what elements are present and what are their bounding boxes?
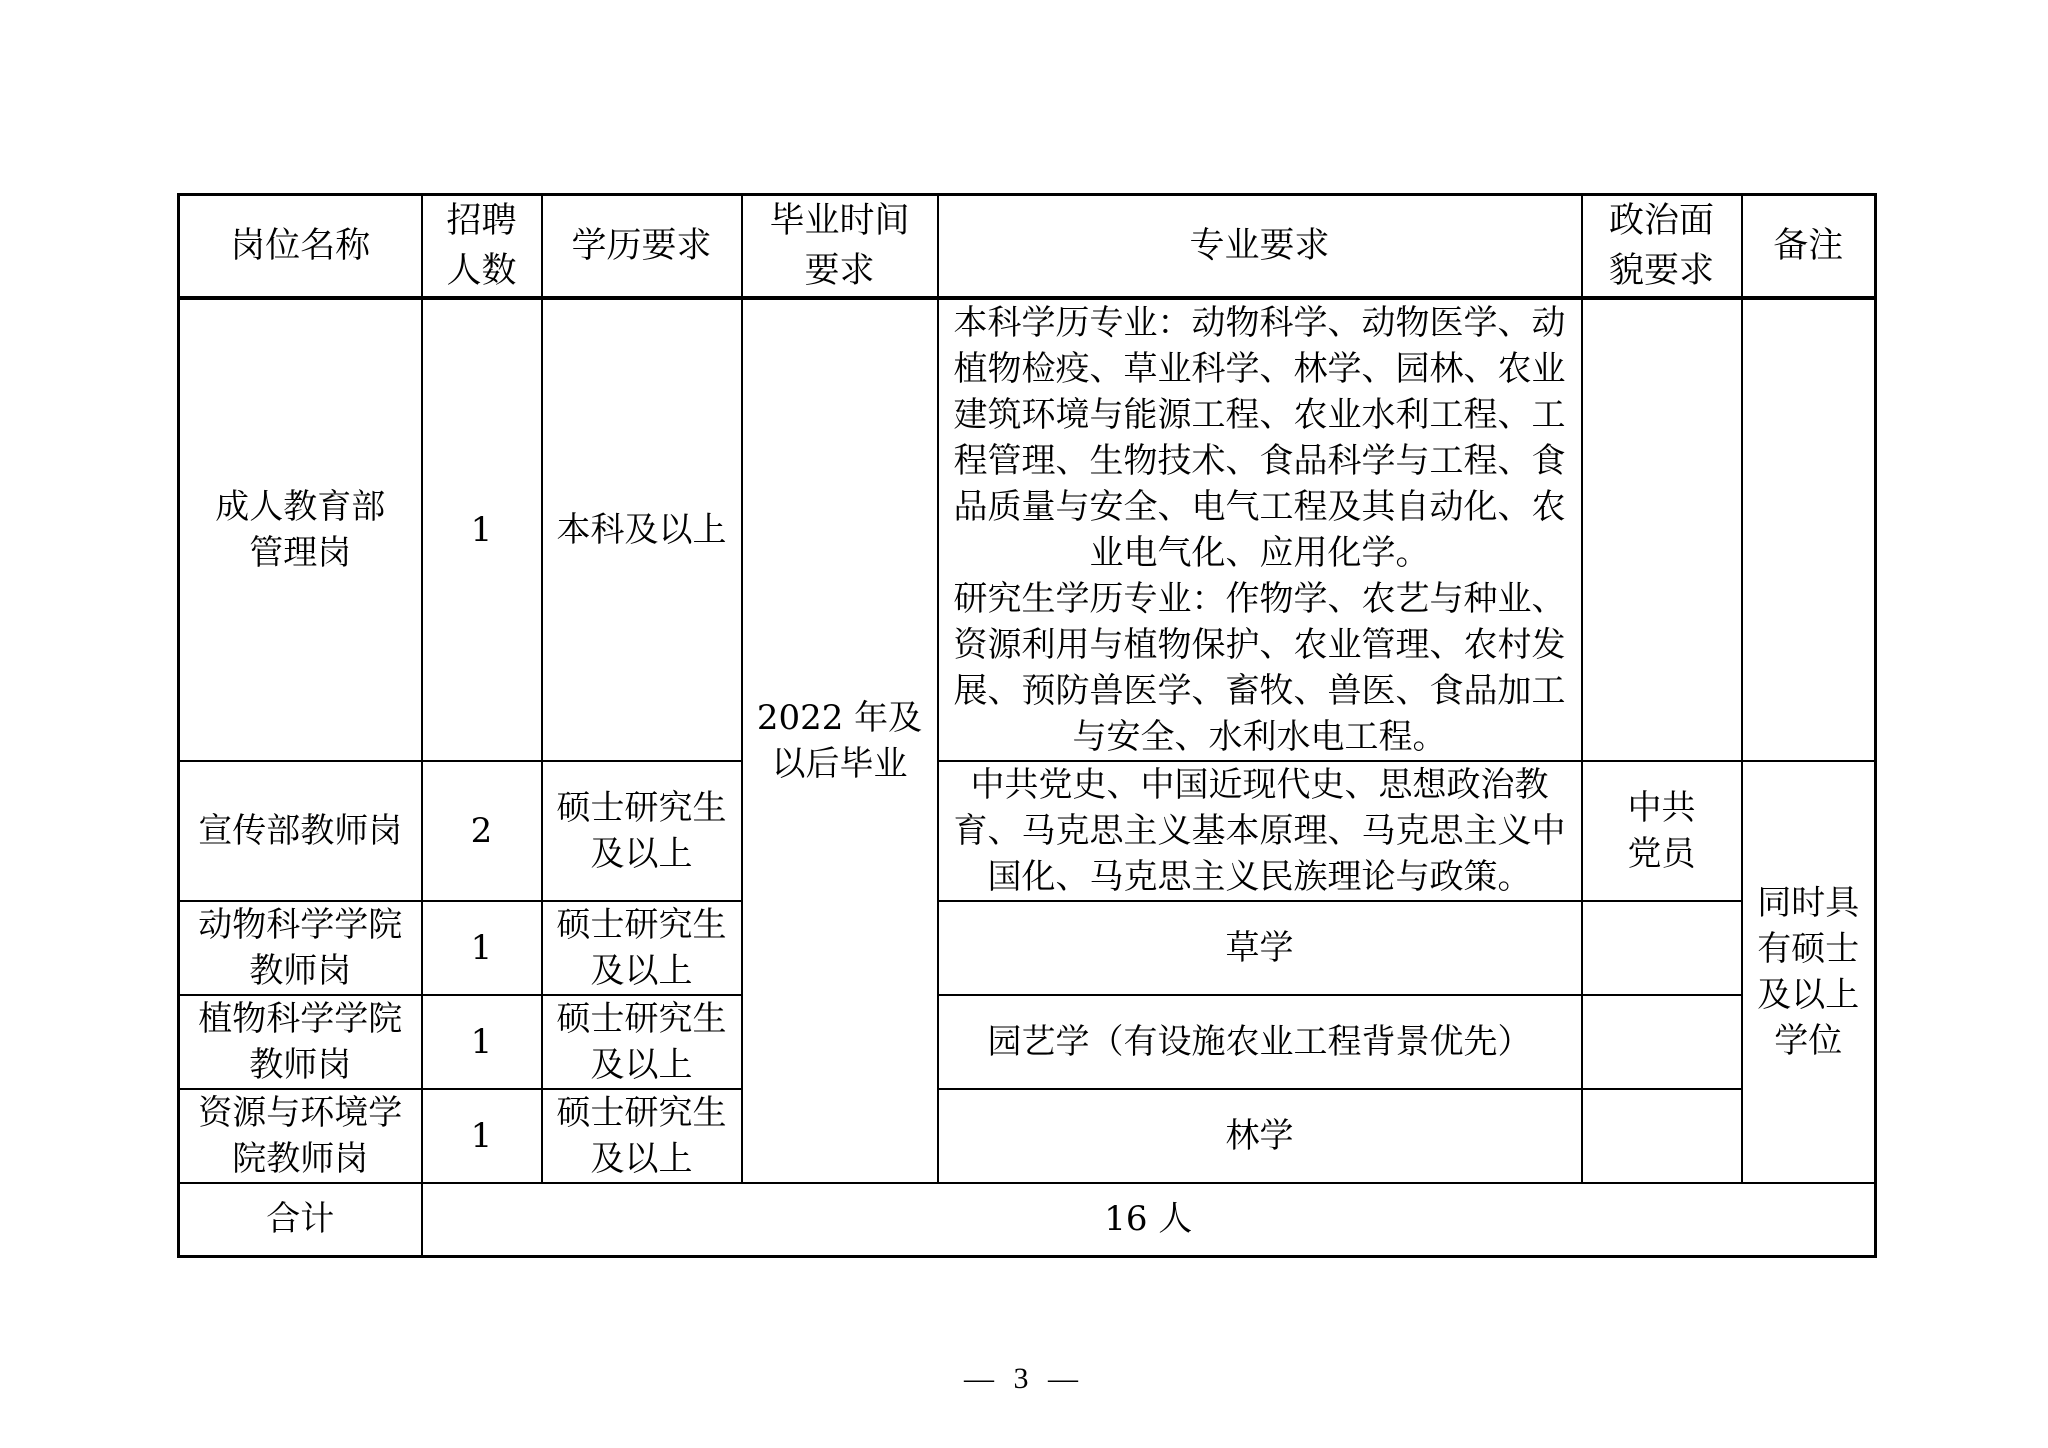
position-cell: 资源与环境学 院教师岗 — [179, 1089, 422, 1183]
major-cell: 草学 — [938, 901, 1582, 995]
header-major: 专业要求 — [938, 195, 1582, 299]
remarks-merged-cell: 同时具 有硕士 及以上 学位 — [1742, 761, 1876, 1183]
headcount-cell: 1 — [422, 1089, 542, 1183]
headcount-cell: 1 — [422, 995, 542, 1089]
document-page: 岗位名称 招聘 人数 学历要求 毕业时间 要求 专业要求 政治面 貌要求 备注 … — [0, 0, 2048, 1448]
table-row: 动物科学学院 教师岗 1 硕士研究生 及以上 草学 — [179, 901, 1876, 995]
header-row: 岗位名称 招聘 人数 学历要求 毕业时间 要求 专业要求 政治面 貌要求 备注 — [179, 195, 1876, 299]
headcount-cell: 1 — [422, 901, 542, 995]
total-label-cell: 合计 — [179, 1183, 422, 1256]
major-cell: 林学 — [938, 1089, 1582, 1183]
total-row: 合计 16 人 — [179, 1183, 1876, 1256]
page-number: — 3 — — [0, 1362, 2048, 1396]
education-cell: 硕士研究生 及以上 — [542, 761, 742, 901]
position-cell: 成人教育部 管理岗 — [179, 298, 422, 761]
political-cell — [1582, 995, 1742, 1089]
header-education: 学历要求 — [542, 195, 742, 299]
headcount-cell: 2 — [422, 761, 542, 901]
table-row: 资源与环境学 院教师岗 1 硕士研究生 及以上 林学 — [179, 1089, 1876, 1183]
major-cell: 中共党史、中国近现代史、思想政治教育、马克思主义基本原理、马克思主义中国化、马克… — [938, 761, 1582, 901]
position-cell: 植物科学学院 教师岗 — [179, 995, 422, 1089]
headcount-cell: 1 — [422, 298, 542, 761]
education-cell: 硕士研究生 及以上 — [542, 901, 742, 995]
recruitment-table: 岗位名称 招聘 人数 学历要求 毕业时间 要求 专业要求 政治面 貌要求 备注 … — [177, 193, 1877, 1258]
major-cell: 本科学历专业：动物科学、动物医学、动植物检疫、草业科学、林学、园林、农业建筑环境… — [938, 298, 1582, 761]
political-cell — [1582, 1089, 1742, 1183]
table-row: 宣传部教师岗 2 硕士研究生 及以上 中共党史、中国近现代史、思想政治教育、马克… — [179, 761, 1876, 901]
header-remarks: 备注 — [1742, 195, 1876, 299]
position-cell: 宣传部教师岗 — [179, 761, 422, 901]
remarks-cell — [1742, 298, 1876, 761]
education-cell: 硕士研究生 及以上 — [542, 1089, 742, 1183]
table-row: 植物科学学院 教师岗 1 硕士研究生 及以上 园艺学（有设施农业工程背景优先） — [179, 995, 1876, 1089]
total-value-cell: 16 人 — [422, 1183, 1876, 1256]
position-cell: 动物科学学院 教师岗 — [179, 901, 422, 995]
header-headcount: 招聘 人数 — [422, 195, 542, 299]
political-cell — [1582, 901, 1742, 995]
header-graduation: 毕业时间 要求 — [742, 195, 938, 299]
political-cell — [1582, 298, 1742, 761]
education-cell: 硕士研究生 及以上 — [542, 995, 742, 1089]
graduation-merged-cell: 2022 年及 以后毕业 — [742, 298, 938, 1183]
header-political: 政治面 貌要求 — [1582, 195, 1742, 299]
header-position: 岗位名称 — [179, 195, 422, 299]
education-cell: 本科及以上 — [542, 298, 742, 761]
table-row: 成人教育部 管理岗 1 本科及以上 2022 年及 以后毕业 本科学历专业：动物… — [179, 298, 1876, 761]
major-cell: 园艺学（有设施农业工程背景优先） — [938, 995, 1582, 1089]
political-cell: 中共 党员 — [1582, 761, 1742, 901]
